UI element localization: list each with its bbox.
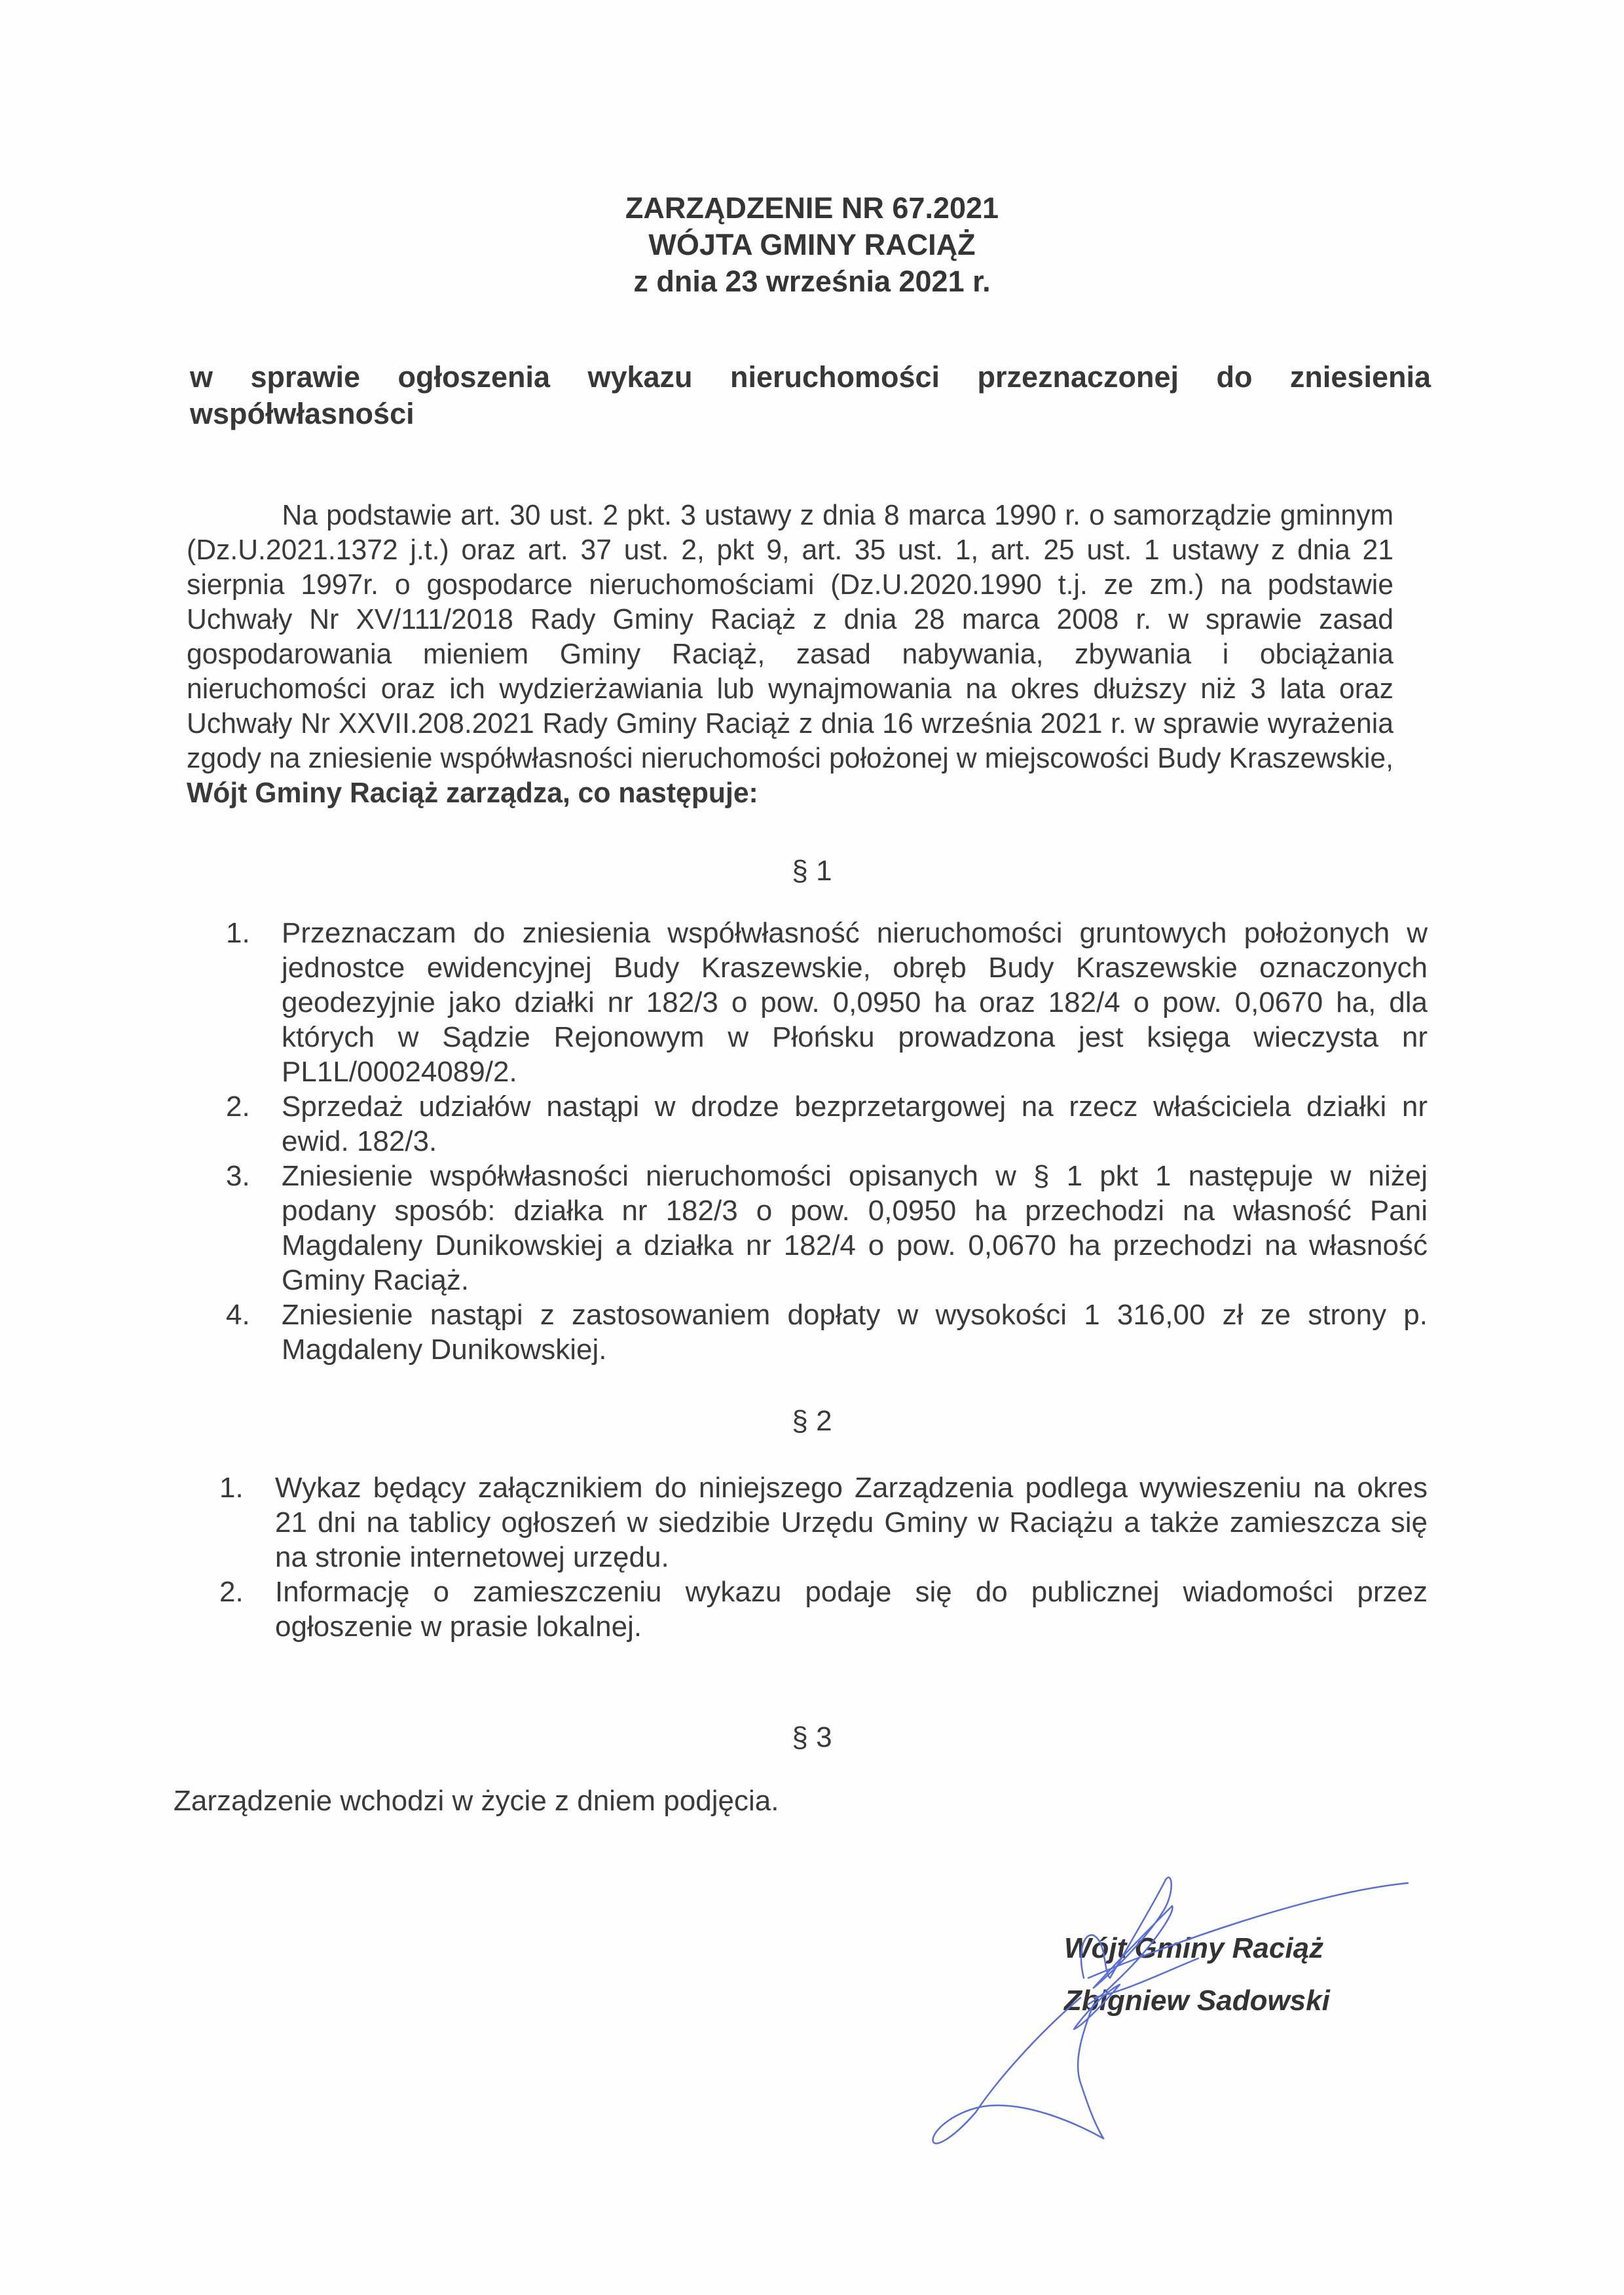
list-item: 4.Zniesienie nastąpi z zastosowaniem dop…: [226, 1297, 1428, 1367]
item-number: 2.: [219, 1575, 244, 1609]
list-item: 1.Wykaz będący załącznikiem do niniejsze…: [219, 1470, 1428, 1575]
list-item: 3.Zniesienie współwłasności nieruchomośc…: [226, 1159, 1428, 1297]
list-item: 2.Informację o zamieszczeniu wykazu poda…: [219, 1575, 1428, 1644]
item-text: Wykaz będący załącznikiem do niniejszego…: [275, 1472, 1428, 1573]
entry-into-force-clause: Zarządzenie wchodzi w życie z dniem podj…: [174, 1785, 779, 1818]
signatory-title: Wójt Gminy Raciąż: [1064, 1932, 1323, 1965]
list-item: 2.Sprzedaż udziałów nastąpi w drodze bez…: [226, 1089, 1428, 1159]
section-1-list: 1.Przeznaczam do zniesienia współwłasnoś…: [226, 916, 1428, 1367]
preamble: Na podstawie art. 30 ust. 2 pkt. 3 ustaw…: [187, 498, 1393, 810]
item-number: 4.: [226, 1297, 250, 1332]
signatory-name: Zbigniew Sadowski: [1064, 1985, 1330, 2017]
item-number: 1.: [226, 916, 250, 950]
item-text: Sprzedaż udziałów nastąpi w drodze bezpr…: [282, 1091, 1428, 1157]
section-heading-2: § 2: [0, 1405, 1624, 1438]
item-number: 1.: [219, 1470, 244, 1505]
item-text: Przeznaczam do zniesienia współwłasność …: [282, 917, 1428, 1088]
item-text: Informację o zamieszczeniu wykazu podaje…: [275, 1576, 1428, 1643]
list-item: 1.Przeznaczam do zniesienia współwłasnoś…: [226, 916, 1428, 1089]
order-number: ZARZĄDZENIE NR 67.2021: [0, 190, 1624, 227]
document-header: ZARZĄDZENIE NR 67.2021 WÓJTA GMINY RACIĄ…: [0, 190, 1624, 300]
item-text: Zniesienie nastąpi z zastosowaniem dopła…: [282, 1299, 1428, 1366]
item-text: Zniesienie współwłasności nieruchomości …: [282, 1160, 1428, 1296]
item-number: 2.: [226, 1089, 250, 1124]
preamble-decree-clause: Wójt Gminy Raciąż zarządza, co następuje…: [187, 777, 758, 809]
item-number: 3.: [226, 1159, 250, 1193]
preamble-text: Na podstawie art. 30 ust. 2 pkt. 3 ustaw…: [187, 499, 1393, 774]
document-page: ZARZĄDZENIE NR 67.2021 WÓJTA GMINY RACIĄ…: [0, 0, 1624, 2295]
section-heading-1: § 1: [0, 855, 1624, 887]
section-2-list: 1.Wykaz będący załącznikiem do niniejsze…: [219, 1470, 1428, 1644]
issuing-authority: WÓJTA GMINY RACIĄŻ: [0, 227, 1624, 263]
section-heading-3: § 3: [0, 1721, 1624, 1754]
issue-date: z dnia 23 września 2021 r.: [0, 263, 1624, 300]
document-subject: w sprawie ogłoszenia wykazu nieruchomośc…: [190, 359, 1431, 432]
